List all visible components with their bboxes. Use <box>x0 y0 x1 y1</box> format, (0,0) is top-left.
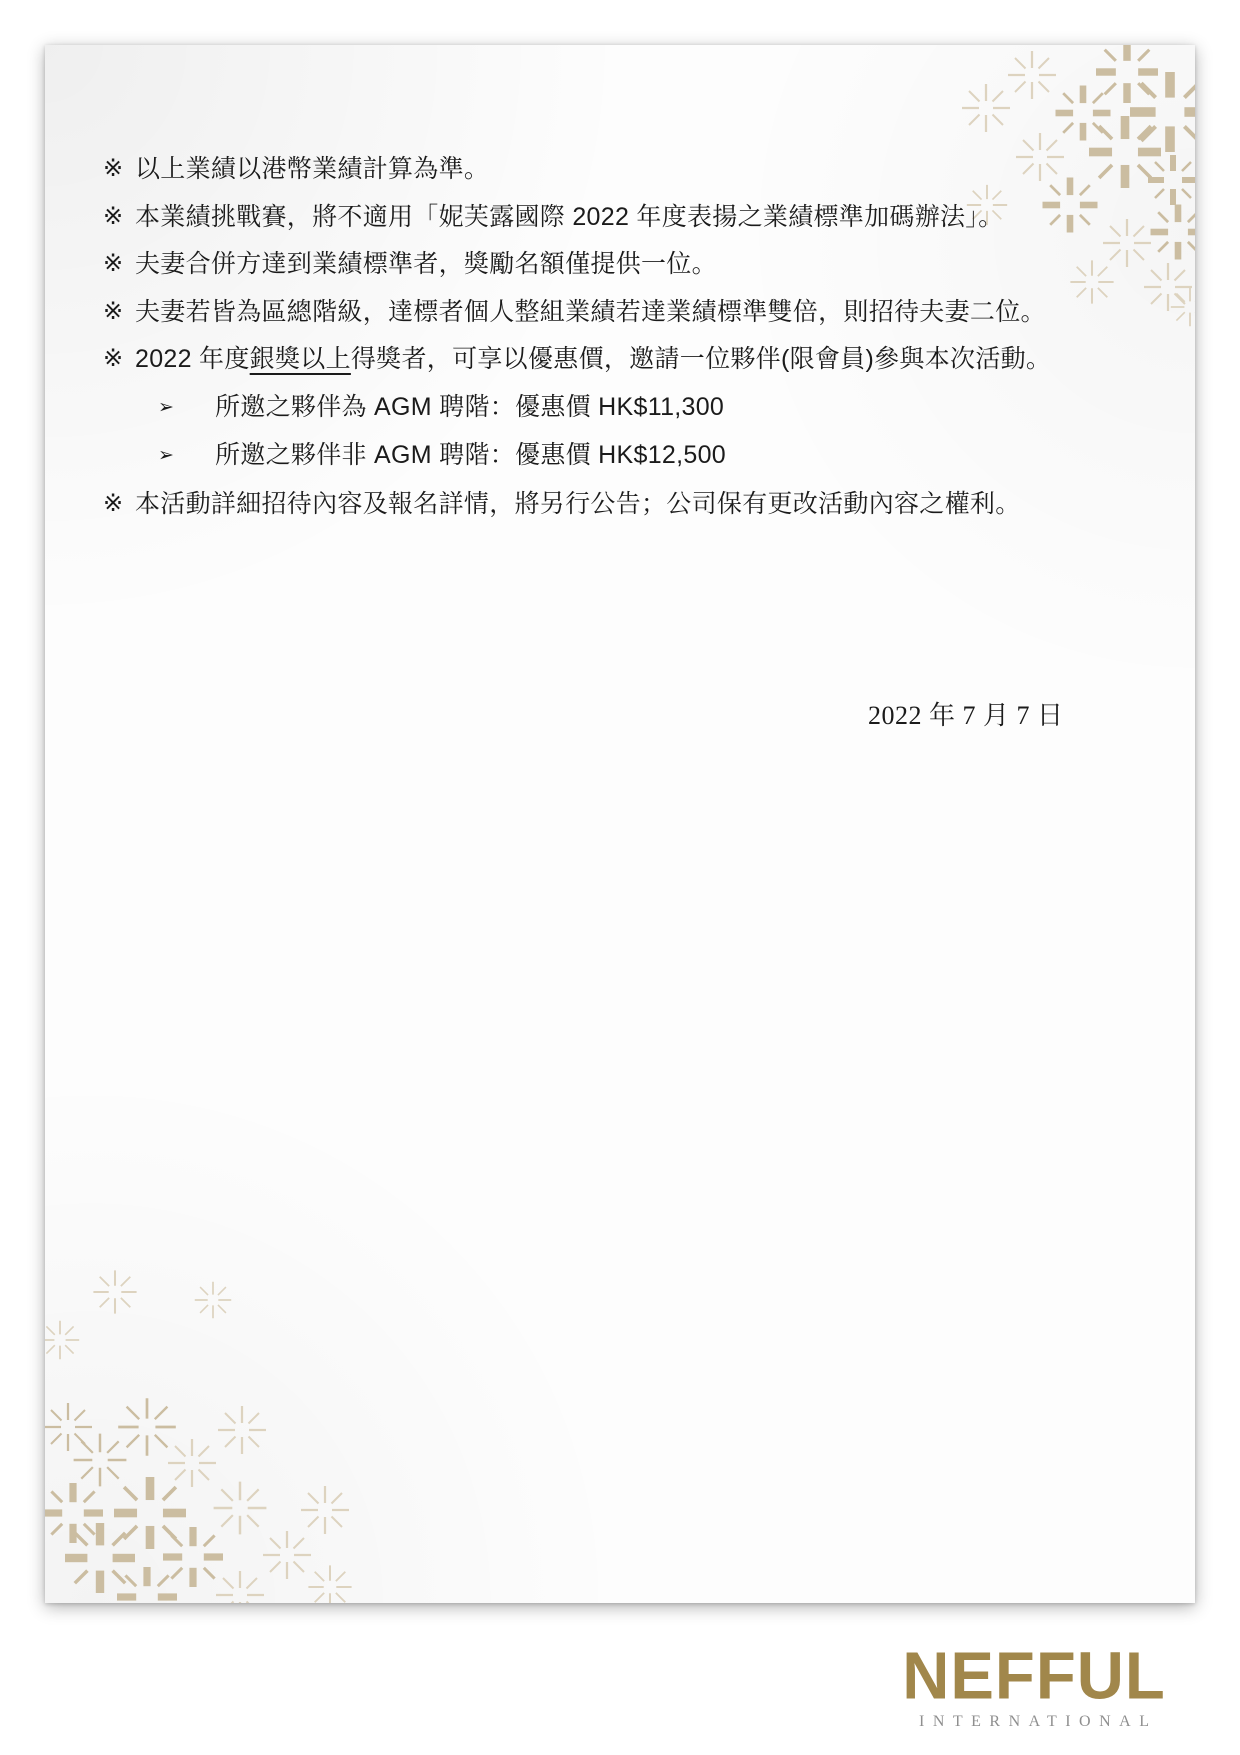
sparkle-icon <box>1096 45 1158 103</box>
sparkle-icon <box>308 1565 351 1603</box>
document-canvas: { "notices": { "marker": "※", "arrow": "… <box>0 0 1240 1755</box>
nefful-wordmark: NEFFUL <box>881 1645 1187 1707</box>
notice-text: 本業績挑戰賽，將不適用「妮芙露國際 2022 年度表揚之業績標準加碼辦法」。 <box>135 204 1153 230</box>
arrow-bullet-icon: ➢ <box>158 442 215 469</box>
notice-text: 2022 年度銀獎以上得獎者，可享以優惠價，邀請一位夥伴(限會員)參與本次活動。 <box>135 346 1153 372</box>
reference-mark: ※ <box>103 491 135 517</box>
notice-item-3: ※ 夫妻合併方達到業績標準者，獎勵名額僅提供一位。 <box>103 251 1153 277</box>
sparkle-decoration-bottom-left <box>45 1253 425 1603</box>
sparkle-icon <box>93 1270 136 1313</box>
sparkle-icon <box>195 1282 231 1318</box>
reference-mark: ※ <box>103 156 135 182</box>
notice-item-5: ※ 2022 年度銀獎以上得獎者，可享以優惠價，邀請一位夥伴(限會員)參與本次活… <box>103 346 1153 372</box>
sparkle-icon <box>962 84 1010 132</box>
sparkle-icon <box>45 1483 103 1543</box>
notice-text-segment: 得獎者，可享以優惠價，邀請一位夥伴(限會員)參與本次活動。 <box>351 345 1051 373</box>
arrow-bullet-icon: ➢ <box>158 394 215 421</box>
document-page: ※ 以上業績以港幣業績計算為準。 ※ 本業績挑戰賽，將不適用「妮芙露國際 202… <box>45 45 1195 1603</box>
sub-notice-text: 所邀之夥伴非 AGM 聘階：優惠價 HK$12,500 <box>215 442 1153 468</box>
sparkle-icon <box>1056 86 1111 141</box>
sparkle-icon <box>263 1531 311 1579</box>
reference-mark: ※ <box>103 204 135 230</box>
notice-item-6: ※ 本活動詳細招待內容及報名詳情，將另行公告；公司保有更改活動內容之權利。 <box>103 491 1153 517</box>
nefful-logo: NEFFUL INTERNATIONAL <box>884 1647 1184 1731</box>
sparkle-icon <box>163 1527 223 1587</box>
sparkle-icon <box>1130 72 1195 152</box>
reference-mark: ※ <box>103 346 135 372</box>
notice-text: 以上業績以港幣業績計算為準。 <box>135 156 1153 182</box>
sparkle-icon <box>1148 155 1195 205</box>
sparkle-icon <box>114 1477 186 1549</box>
notice-item-4: ※ 夫妻若皆為區總階級，達標者個人整組業績若達業績標準雙倍，則招待夫妻二位。 <box>103 299 1153 325</box>
reference-mark: ※ <box>103 299 135 325</box>
notice-text-segment: 2022 年度 <box>135 345 250 373</box>
notice-text: 夫妻合併方達到業績標準者，獎勵名額僅提供一位。 <box>135 251 1153 277</box>
sparkle-icon <box>168 1439 216 1487</box>
sub-notice-item-2: ➢ 所邀之夥伴非 AGM 聘階：優惠價 HK$12,500 <box>158 442 1153 469</box>
sub-notice-text: 所邀之夥伴為 AGM 聘階：優惠價 HK$11,300 <box>215 394 1153 420</box>
document-date: 2022 年 7 月 7 日 <box>868 695 1064 732</box>
sparkle-icon <box>301 1486 349 1534</box>
sparkle-icon <box>117 1567 177 1603</box>
sparkle-icon <box>216 1571 264 1603</box>
notice-item-1: ※ 以上業績以港幣業績計算為準。 <box>103 156 1153 182</box>
sparkle-icon <box>1008 51 1056 99</box>
sparkle-icon <box>65 1523 135 1593</box>
sparkle-icon <box>45 1403 92 1451</box>
notice-text-underlined: 銀獎以上 <box>250 345 351 373</box>
sparkle-icon <box>214 1482 267 1535</box>
notice-text: 本活動詳細招待內容及報名詳情，將另行公告；公司保有更改活動內容之權利。 <box>135 491 1153 517</box>
sparkle-icon <box>218 1406 266 1454</box>
sparkle-icon <box>1151 205 1196 260</box>
notice-item-2: ※ 本業績挑戰賽，將不適用「妮芙露國際 2022 年度表揚之業績標準加碼辦法」。 <box>103 204 1153 230</box>
sparkle-icon <box>1171 288 1195 326</box>
nefful-logo-subtitle: INTERNATIONAL <box>884 1713 1184 1731</box>
notice-list: ※ 以上業績以港幣業績計算為準。 ※ 本業績挑戰賽，將不適用「妮芙露國際 202… <box>103 156 1153 538</box>
sub-notice-item-1: ➢ 所邀之夥伴為 AGM 聘階：優惠價 HK$11,300 <box>158 394 1153 421</box>
sparkle-icon <box>45 1321 79 1359</box>
sparkle-icon <box>74 1434 127 1487</box>
notice-text: 夫妻若皆為區總階級，達標者個人整組業績若達業績標準雙倍，則招待夫妻二位。 <box>135 299 1153 325</box>
reference-mark: ※ <box>103 251 135 277</box>
sparkle-icon <box>118 1398 176 1456</box>
